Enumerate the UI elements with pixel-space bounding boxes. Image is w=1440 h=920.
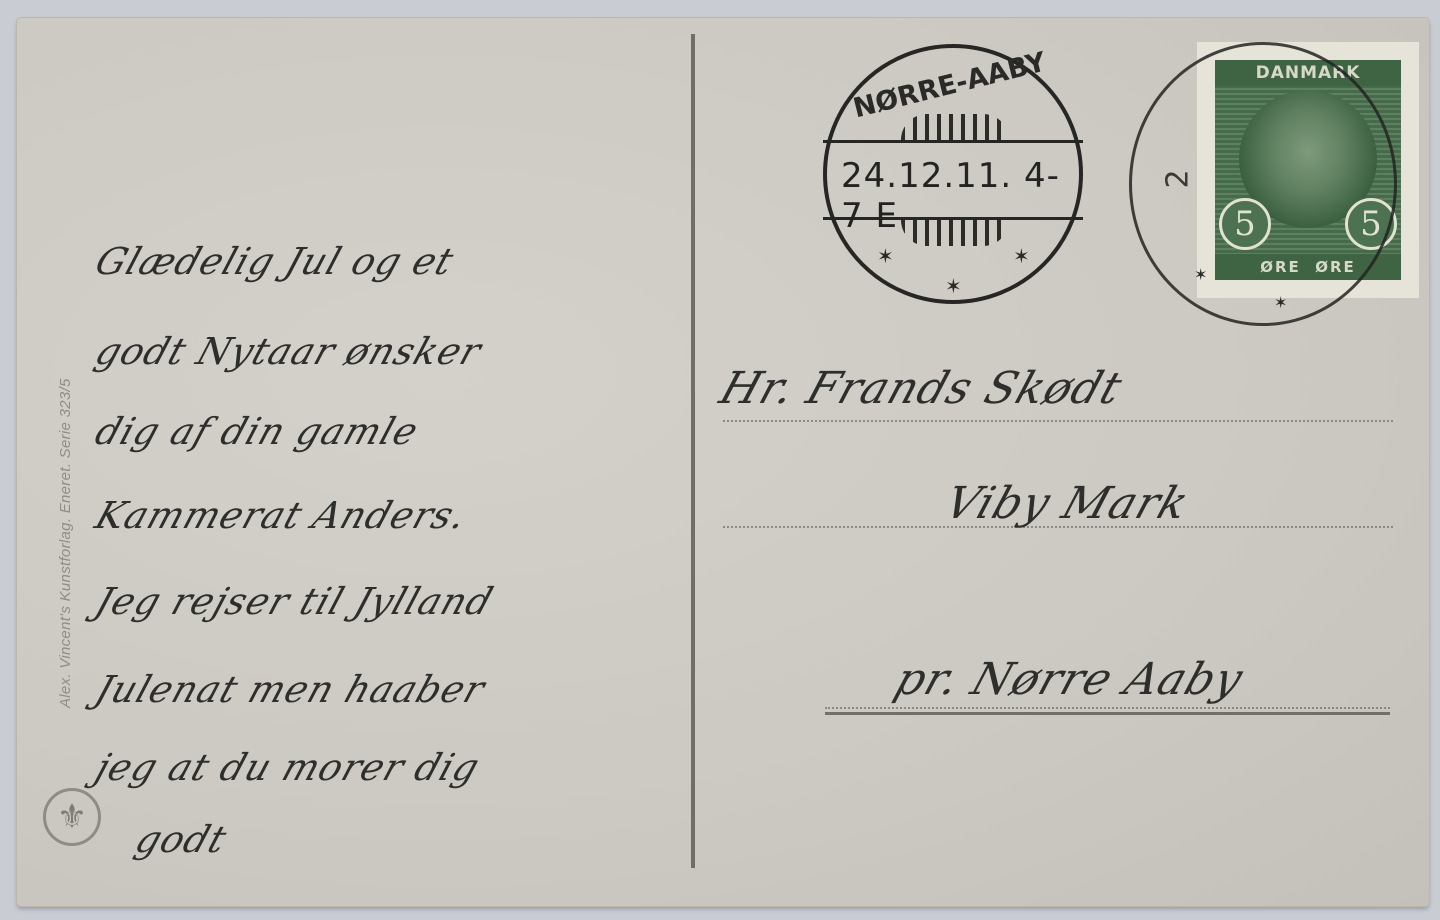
message-line: Julenat men haaber xyxy=(90,668,491,711)
postmark-town: NØRRE-AABY xyxy=(850,47,1049,125)
message-line: Glædelig Jul og et xyxy=(90,240,460,283)
address-line-1 xyxy=(723,420,1393,422)
publisher-imprint: Alex. Vincent's Kunstforlag. Eneret. Ser… xyxy=(57,378,74,708)
message-line: Kammerat Anders. xyxy=(90,494,473,537)
star-icon: ✶ xyxy=(1194,265,1207,284)
message-line: Jeg rejser til Jylland xyxy=(90,580,499,623)
postmark: NØRRE-AABY 24.12.11. 4-7 E ✶ ✶ ✶ xyxy=(823,44,1083,304)
star-icon: ✶ xyxy=(877,244,894,268)
star-icon: ✶ xyxy=(1013,244,1030,268)
fleur-de-lis-icon: ⚜ xyxy=(43,788,101,846)
star-icon: ✶ xyxy=(1274,293,1287,312)
address-line-3 xyxy=(825,707,1390,709)
message-line: godt Nytaar ønsker xyxy=(90,330,487,373)
address-underline xyxy=(825,712,1390,715)
address-recipient: Hr. Frands Skødt xyxy=(714,363,1129,414)
message-line: godt xyxy=(130,818,232,861)
cancellation-postmark: 2 ✶ ✶ xyxy=(1129,42,1397,326)
cancellation-partial: 2 xyxy=(1161,168,1196,188)
center-divider xyxy=(691,34,695,868)
address-post-town: pr. Nørre Aaby xyxy=(889,654,1250,705)
address-locality: Viby Mark xyxy=(939,478,1196,529)
postmark-date: 24.12.11. 4-7 E xyxy=(841,156,1079,236)
message-line: dig af din gamle xyxy=(90,410,424,453)
postmark-hatch-top xyxy=(901,114,1009,140)
message-line: jeg at du morer dig xyxy=(90,746,485,789)
postcard: Alex. Vincent's Kunstforlag. Eneret. Ser… xyxy=(17,18,1429,906)
star-icon: ✶ xyxy=(945,274,962,298)
